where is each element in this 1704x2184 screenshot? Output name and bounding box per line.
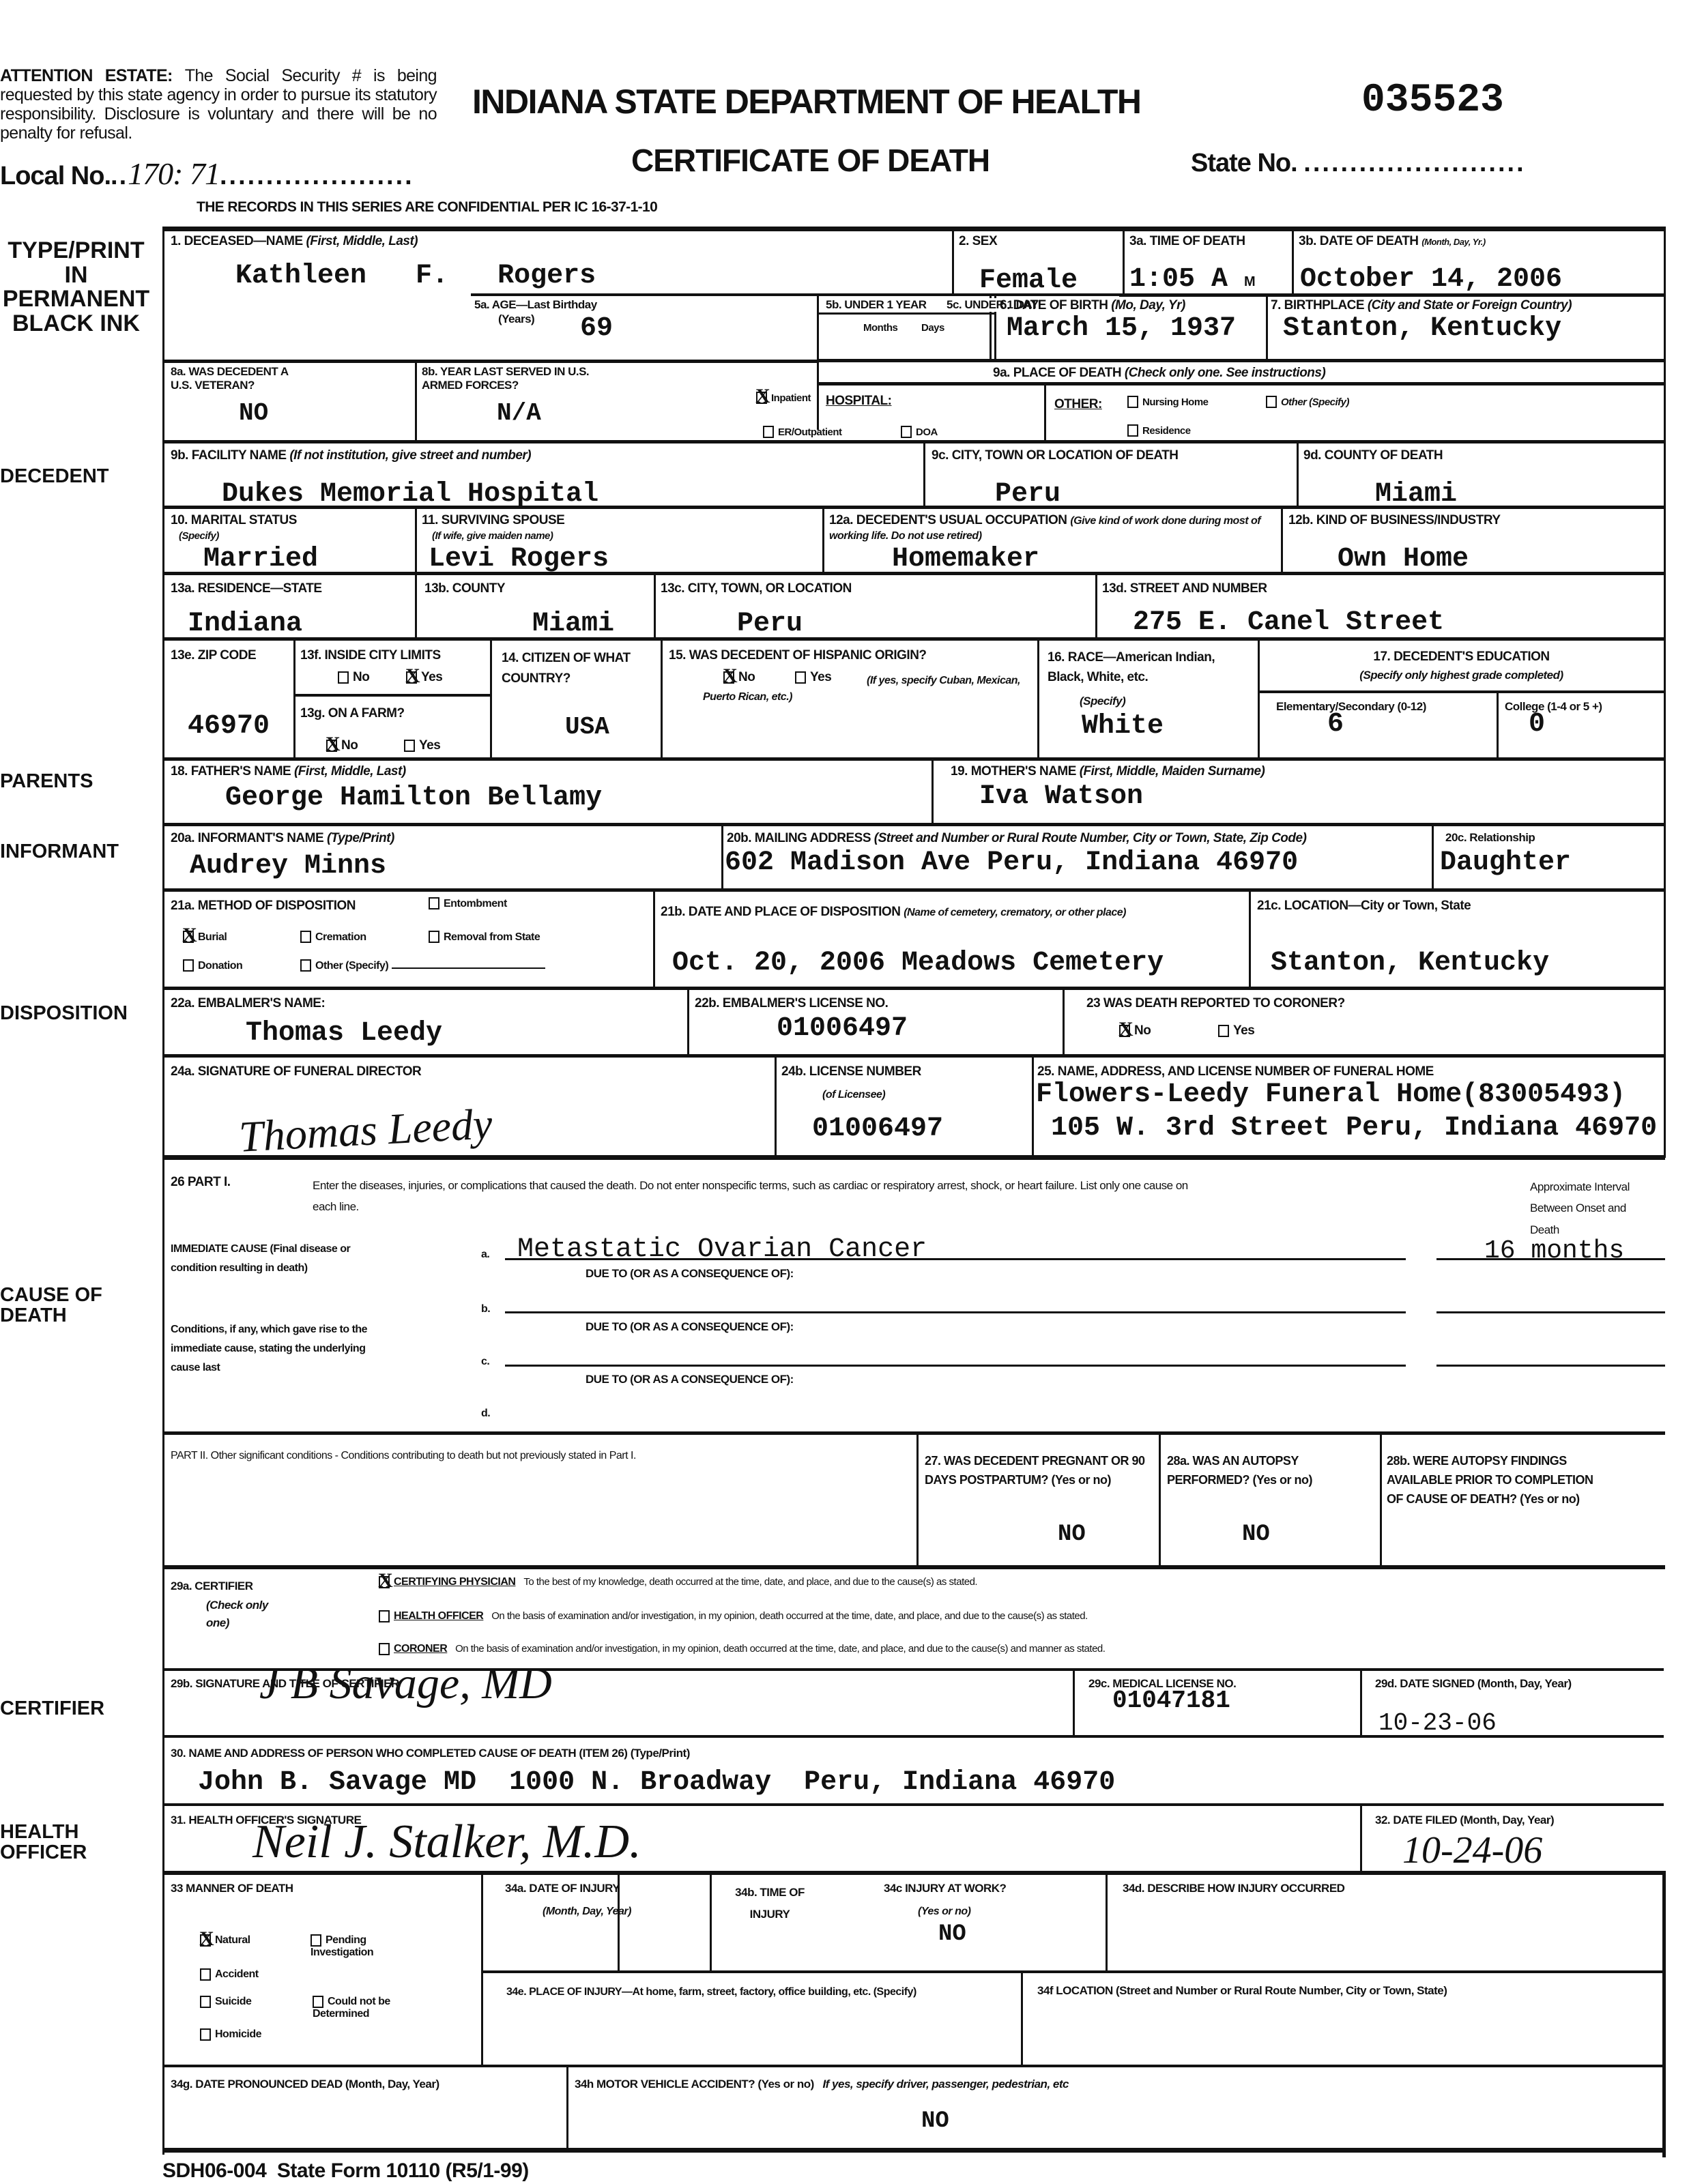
birthplace-label: 7. BIRTHPLACE (City and State or Foreign… bbox=[1271, 298, 1572, 313]
manner-pending[interactable]: Pending Investigation bbox=[311, 1934, 406, 1959]
rule bbox=[415, 572, 417, 639]
rule bbox=[162, 2148, 1665, 2153]
armed-forces-label: 8b. YEAR LAST SERVED IN U.S. ARMED FORCE… bbox=[422, 365, 613, 392]
rule bbox=[1360, 1668, 1362, 1736]
doa-checkbox[interactable] bbox=[901, 426, 912, 438]
place-hint: (Check only one. See instructions) bbox=[1125, 366, 1325, 380]
res-city-value[interactable]: Peru bbox=[737, 611, 803, 638]
health-officer-signature[interactable]: Neil J. Stalker, M.D. bbox=[252, 1815, 641, 1869]
rule bbox=[162, 757, 1665, 761]
age-value[interactable]: 69 bbox=[580, 315, 613, 343]
accident-checkbox[interactable] bbox=[200, 1968, 211, 1981]
confidential-note: THE RECORDS IN THIS SERIES ARE CONFIDENT… bbox=[197, 199, 657, 216]
interval-label: Approximate Interval Between Onset and D… bbox=[1530, 1176, 1653, 1240]
time-of-death-value[interactable]: 1:05 A M bbox=[1129, 266, 1256, 293]
county-of-death-label: 9d. COUNTY OF DEATH bbox=[1303, 448, 1443, 463]
disposition-date-place-label: 21b. DATE AND PLACE OF DISPOSITION (Name… bbox=[661, 899, 1241, 926]
inpatient-checkbox[interactable] bbox=[756, 392, 767, 404]
certifier-physician[interactable]: CERTIFYING PHYSICIAN To the best of my k… bbox=[379, 1576, 977, 1588]
informant-name-label-text: 20a. INFORMANT'S NAME bbox=[171, 831, 323, 845]
date-place-label-text: 21b. DATE AND PLACE OF DISPOSITION bbox=[661, 905, 900, 919]
rule bbox=[293, 694, 491, 697]
rule bbox=[653, 888, 655, 987]
rule bbox=[297, 1873, 299, 1875]
cremation-checkbox[interactable] bbox=[300, 931, 311, 943]
state-number: State No. ........................ bbox=[1191, 149, 1526, 178]
manner-homicide[interactable]: Homicide bbox=[200, 2028, 261, 2041]
option-doa[interactable]: DOA bbox=[901, 424, 938, 439]
rule bbox=[1037, 637, 1039, 760]
natural-checkbox[interactable] bbox=[200, 1934, 211, 1947]
rule bbox=[162, 888, 1665, 892]
informant-address-hint: (Street and Number or Rural Route Number… bbox=[874, 831, 1307, 845]
funeral-license-value[interactable]: 01006497 bbox=[812, 1116, 943, 1143]
coroner-no-label: No bbox=[1134, 1023, 1151, 1038]
date-filed-label: 32. DATE FILED (Month, Day, Year) bbox=[1375, 1814, 1554, 1827]
months-label: Months bbox=[863, 322, 897, 334]
deceased-name[interactable]: Kathleen F. Rogers bbox=[235, 263, 596, 290]
certificate-title: CERTIFICATE OF DEATH bbox=[631, 142, 990, 179]
city-limits-no-label: No bbox=[353, 670, 369, 684]
certifier-hint: (Check only one) bbox=[206, 1597, 274, 1631]
rule bbox=[162, 2065, 1664, 2067]
er-outpatient-label: ER/Outpatient bbox=[778, 426, 842, 438]
embalmer-license-value[interactable]: 01006497 bbox=[777, 1015, 908, 1043]
rule bbox=[293, 637, 295, 760]
elementary-label: Elementary/Secondary (0-12) bbox=[1276, 700, 1426, 714]
other-disposition-label: Other (Specify) bbox=[315, 960, 388, 972]
embalmer-license-label: 22b. EMBALMER'S LICENSE NO. bbox=[695, 996, 888, 1011]
disposition-location-value[interactable]: Stanton, Kentucky bbox=[1271, 950, 1549, 977]
rule bbox=[415, 506, 417, 574]
medical-license-value[interactable]: 01047181 bbox=[1112, 1689, 1230, 1713]
occupation-value[interactable]: Homemaker bbox=[892, 546, 1039, 573]
natural-label: Natural bbox=[215, 1934, 250, 1946]
education-hint: (Specify only highest grade completed) bbox=[1258, 669, 1665, 682]
rule bbox=[1032, 1054, 1034, 1156]
undetermined-label: Could not be Determined bbox=[313, 1996, 390, 2020]
local-no-label: Local No. bbox=[0, 162, 111, 190]
date-signed-value[interactable]: 10-23-06 bbox=[1378, 1711, 1497, 1736]
time-value: 1:05 A bbox=[1129, 264, 1228, 295]
health-officer-label: HEALTH OFFICER bbox=[394, 1610, 483, 1622]
entombment-checkbox[interactable] bbox=[429, 897, 439, 909]
rule bbox=[1044, 382, 1046, 441]
deceased-last-name: Rogers bbox=[497, 261, 596, 291]
manner-accident[interactable]: Accident bbox=[200, 1968, 259, 1981]
sex-label: 2. SEX bbox=[959, 234, 997, 249]
name-label-text: 1. DECEASED—NAME bbox=[171, 234, 303, 248]
option-other-specify[interactable]: Other (Specify) bbox=[1266, 394, 1349, 409]
farm-label: 13g. ON A FARM? bbox=[300, 706, 405, 721]
rule bbox=[775, 1054, 777, 1156]
informant-address-label-text: 20b. MAILING ADDRESS bbox=[727, 831, 871, 845]
business-value[interactable]: Own Home bbox=[1338, 546, 1469, 573]
rule bbox=[1380, 1431, 1382, 1567]
coroner-no-checkbox[interactable] bbox=[1119, 1025, 1130, 1037]
farm-yes-checkbox[interactable] bbox=[404, 740, 415, 752]
completer-value[interactable]: John B. Savage MD 1000 N. Broadway Peru,… bbox=[198, 1769, 1115, 1796]
birthplace-hint: (City and State or Foreign Country) bbox=[1368, 298, 1572, 312]
rule bbox=[654, 572, 656, 639]
rule bbox=[932, 757, 934, 824]
frame-top bbox=[162, 227, 1665, 231]
dob-value[interactable]: March 15, 1937 bbox=[1007, 315, 1236, 343]
date-of-death-value[interactable]: October 14, 2006 bbox=[1300, 266, 1562, 293]
race-hint: (Specify) bbox=[1080, 695, 1125, 708]
city-of-death-label: 9c. CITY, TOWN OR LOCATION OF DEATH bbox=[932, 448, 1178, 463]
coroner-label: CORONER bbox=[394, 1643, 447, 1655]
health-officer-checkbox[interactable] bbox=[379, 1610, 390, 1622]
burial-label: Burial bbox=[198, 931, 227, 943]
race-label: 16. RACE—American Indian, Black, White, … bbox=[1048, 648, 1252, 687]
rule bbox=[1266, 293, 1268, 362]
education-label: 17. DECEDENT'S EDUCATION bbox=[1258, 650, 1665, 665]
pregnant-label: 27. WAS DECEDENT PREGNANT OR 90 DAYS POS… bbox=[925, 1452, 1153, 1490]
rule bbox=[1497, 690, 1499, 759]
certifier-coroner[interactable]: CORONER On the basis of examination and/… bbox=[379, 1643, 1105, 1655]
res-county-label: 13b. COUNTY bbox=[424, 581, 505, 596]
frame-left bbox=[162, 227, 164, 2155]
marital-label: 10. MARITAL STATUS (Specify) bbox=[171, 513, 297, 543]
informant-address-label: 20b. MAILING ADDRESS (Street and Number … bbox=[727, 831, 1306, 846]
embalmer-value[interactable]: Thomas Leedy bbox=[246, 1020, 442, 1047]
at-work-hint: (Yes or no) bbox=[918, 1906, 970, 1918]
coroner-no[interactable]: No bbox=[1119, 1023, 1151, 1038]
rule bbox=[916, 1431, 919, 1567]
rule bbox=[817, 312, 964, 315]
coroner-yes-checkbox[interactable] bbox=[1218, 1025, 1229, 1037]
completer-label: 30. NAME AND ADDRESS OF PERSON WHO COMPL… bbox=[171, 1747, 690, 1760]
cause-a-value[interactable]: Metastatic Ovarian Cancer bbox=[517, 1236, 927, 1264]
occupation-label-text: 12a. DECEDENT'S USUAL OCCUPATION bbox=[829, 513, 1067, 527]
informant-name-value[interactable]: Audrey Minns bbox=[190, 853, 386, 880]
rule bbox=[1123, 229, 1125, 295]
removal-checkbox[interactable] bbox=[429, 931, 439, 943]
res-street-value[interactable]: 275 E. Canel Street bbox=[1133, 609, 1444, 637]
certifier-signature[interactable]: J B Savage, MD bbox=[259, 1658, 552, 1710]
farm-no-checkbox[interactable] bbox=[326, 740, 337, 752]
date-signed-label: 29d. DATE SIGNED (Month, Day, Year) bbox=[1375, 1677, 1572, 1691]
hospital-label: HOSPITAL: bbox=[826, 394, 891, 409]
college-label: College (1-4 or 5 +) bbox=[1505, 700, 1602, 714]
immediate-cause-label: IMMEDIATE CAUSE (Final disease or condit… bbox=[171, 1240, 375, 1278]
cremation-label: Cremation bbox=[315, 931, 366, 943]
farm-yes[interactable]: Yes bbox=[404, 738, 440, 753]
residence-label: Residence bbox=[1142, 425, 1191, 437]
doa-label: DOA bbox=[916, 426, 938, 438]
res-state-label: 13a. RESIDENCE—STATE bbox=[171, 581, 322, 596]
date-filed-value[interactable]: 10-24-06 bbox=[1402, 1829, 1542, 1872]
injury-date-hint: (Month, Day, Year) bbox=[543, 1906, 631, 1918]
disposition-donation[interactable]: Donation bbox=[183, 958, 242, 973]
city-limits-no[interactable]: No bbox=[338, 670, 369, 685]
funeral-home-line1[interactable]: Flowers-Leedy Funeral Home(83005493) bbox=[1036, 1081, 1626, 1109]
birthplace-label-text: 7. BIRTHPLACE bbox=[1271, 298, 1364, 312]
marital-value[interactable]: Married bbox=[203, 546, 318, 573]
dob-label: 6. DATE OF BIRTH (Mo, Day, Yr) bbox=[1000, 298, 1185, 313]
cause-line-b bbox=[505, 1311, 1406, 1313]
marital-hint: (Specify) bbox=[171, 530, 219, 542]
rule bbox=[1297, 440, 1299, 507]
other-specify-label: Other (Specify) bbox=[1281, 396, 1349, 408]
state-no-label: State No. bbox=[1191, 149, 1297, 177]
disposition-removal[interactable]: Removal from State bbox=[429, 929, 540, 944]
nursing-home-checkbox[interactable] bbox=[1127, 396, 1138, 408]
res-state-value[interactable]: Indiana bbox=[188, 611, 302, 638]
at-work-label: 34c INJURY AT WORK? bbox=[884, 1882, 1006, 1895]
rule bbox=[1095, 572, 1097, 639]
veteran-value[interactable]: NO bbox=[239, 401, 268, 426]
nursing-home-label: Nursing Home bbox=[1142, 396, 1209, 408]
facility-label-text: 9b. FACILITY NAME bbox=[171, 448, 287, 463]
mother-hint: (First, Middle, Maiden Surname) bbox=[1080, 764, 1265, 778]
college-value[interactable]: 0 bbox=[1529, 711, 1545, 738]
burial-checkbox[interactable] bbox=[183, 931, 194, 943]
injury-time-label: 34b. TIME OF INJURY bbox=[729, 1882, 811, 1926]
manner-undetermined[interactable]: Could not be Determined bbox=[313, 1996, 408, 2020]
disposition-other[interactable]: Other (Specify) bbox=[300, 958, 545, 973]
occupation-label: 12a. DECEDENT'S USUAL OCCUPATION (Give k… bbox=[829, 513, 1280, 543]
hispanic-hint: (If yes, specify Cuban, Mexican, Puerto … bbox=[703, 673, 1037, 705]
side-label-informant: INFORMANT bbox=[0, 841, 119, 862]
citizen-value[interactable]: USA bbox=[565, 715, 609, 740]
er-outpatient-checkbox[interactable] bbox=[763, 426, 774, 438]
interval-line-c bbox=[1436, 1365, 1665, 1367]
facility-value[interactable]: Dukes Memorial Hospital bbox=[222, 481, 598, 508]
rule bbox=[661, 637, 663, 760]
informant-name-hint: (Type/Print) bbox=[327, 831, 394, 845]
side-label-certifier: CERTIFIER bbox=[0, 1698, 104, 1719]
side-label-type-print: TYPE/PRINT IN PERMANENT BLACK INK bbox=[0, 239, 156, 336]
attention-notice: ATTENTION ESTATE: The Social Security # … bbox=[0, 66, 437, 143]
birthplace-value[interactable]: Stanton, Kentucky bbox=[1283, 315, 1561, 343]
city-limits-yes-checkbox[interactable] bbox=[406, 671, 417, 684]
informant-address-value[interactable]: 602 Madison Ave Peru, Indiana 46970 bbox=[725, 849, 1298, 877]
sex-value[interactable]: Female bbox=[979, 267, 1078, 295]
rule bbox=[1106, 1873, 1108, 1972]
name-hint: (First, Middle, Last) bbox=[306, 234, 418, 248]
cause-letter-d: d. bbox=[481, 1408, 490, 1420]
certifying-physician-label: CERTIFYING PHYSICIAN bbox=[394, 1576, 515, 1588]
conditions-label: Conditions, if any, which gave rise to t… bbox=[171, 1320, 375, 1378]
place-of-death-label: 9a. PLACE OF DEATH (Check only one. See … bbox=[993, 366, 1325, 381]
attention-title: ATTENTION ESTATE: bbox=[0, 66, 173, 85]
side-label-decedent: DECEDENT bbox=[0, 466, 109, 486]
coroner-label: 23 WAS DEATH REPORTED TO CORONER? bbox=[1086, 996, 1345, 1011]
informant-name-label: 20a. INFORMANT'S NAME (Type/Print) bbox=[171, 831, 394, 846]
rule bbox=[1292, 229, 1294, 295]
side-label-parents: PARENTS bbox=[0, 771, 93, 791]
due-to-3: DUE TO (OR AS A CONSEQUENCE OF): bbox=[586, 1373, 794, 1386]
rule bbox=[822, 506, 824, 574]
rule bbox=[710, 1873, 712, 1972]
certifying-physician-text: To the best of my knowledge, death occur… bbox=[523, 1576, 977, 1588]
homicide-checkbox[interactable] bbox=[200, 2028, 211, 2041]
coroner-checkbox[interactable] bbox=[379, 1643, 390, 1655]
rule bbox=[952, 229, 954, 295]
father-hint: (First, Middle, Last) bbox=[294, 764, 406, 778]
facility-hint: (If not institution, give street and num… bbox=[289, 448, 531, 463]
father-label: 18. FATHER'S NAME (First, Middle, Last) bbox=[171, 764, 406, 779]
entombment-label: Entombment bbox=[444, 898, 507, 909]
father-label-text: 18. FATHER'S NAME bbox=[171, 764, 291, 778]
local-no-value[interactable]: 170: 71 bbox=[128, 156, 220, 191]
rule bbox=[687, 987, 689, 1055]
autopsy-findings-label: 28b. WERE AUTOPSY FINDINGS AVAILABLE PRI… bbox=[1387, 1452, 1612, 1509]
city-of-death-value[interactable]: Peru bbox=[995, 481, 1060, 508]
place-label-text: 9a. PLACE OF DEATH bbox=[993, 366, 1121, 380]
time-of-death-label: 3a. TIME OF DEATH bbox=[1129, 234, 1245, 249]
res-city-label: 13c. CITY, TOWN, OR LOCATION bbox=[661, 581, 852, 596]
elementary-value[interactable]: 6 bbox=[1327, 711, 1344, 738]
deceased-first-name: Kathleen bbox=[235, 261, 366, 291]
other-specify-checkbox[interactable] bbox=[1266, 396, 1277, 408]
disposition-date-place-value[interactable]: Oct. 20, 2006 Meadows Cemetery bbox=[672, 950, 1164, 977]
funeral-license-hint: (of Licensee) bbox=[822, 1089, 885, 1101]
city-limits-yes[interactable]: Yes bbox=[406, 670, 442, 685]
autopsy-label: 28a. WAS AN AUTOPSY PERFORMED? (Yes or n… bbox=[1167, 1452, 1365, 1490]
director-signature[interactable]: Thomas Leedy bbox=[237, 1098, 493, 1162]
motor-vehicle-label: 34h MOTOR VEHICLE ACCIDENT? (Yes or no) … bbox=[575, 2078, 1069, 2091]
disposition-location-label: 21c. LOCATION—City or Town, State bbox=[1257, 899, 1471, 914]
option-inpatient[interactable]: Inpatient bbox=[756, 390, 811, 405]
spouse-value[interactable]: Levi Rogers bbox=[429, 546, 609, 573]
rule bbox=[1281, 506, 1283, 574]
spouse-label: 11. SURVIVING SPOUSE (If wife, give maid… bbox=[422, 513, 564, 543]
spouse-label-text: 11. SURVIVING SPOUSE bbox=[422, 513, 564, 528]
local-number: Local No...170: 71..................... bbox=[0, 156, 414, 192]
relationship-value[interactable]: Daughter bbox=[1440, 849, 1571, 877]
rule bbox=[162, 360, 818, 363]
date-of-death-label: 3b. DATE OF DEATH (Month, Day, Yr.) bbox=[1299, 234, 1486, 249]
mother-label: 19. MOTHER'S NAME (First, Middle, Maiden… bbox=[951, 764, 1265, 779]
certificate-number: 035523 bbox=[1361, 78, 1504, 123]
accident-label: Accident bbox=[215, 1968, 259, 1980]
date-place-hint: (Name of cemetery, crematory, or other p… bbox=[904, 907, 1126, 918]
rule bbox=[162, 1155, 1665, 1160]
marital-label-text: 10. MARITAL STATUS bbox=[171, 513, 297, 528]
zip-label: 13e. ZIP CODE bbox=[171, 648, 256, 663]
rule bbox=[162, 1431, 1665, 1435]
cause-letter-c: c. bbox=[481, 1356, 489, 1368]
form-id: SDH06-004 State Form 10110 (R5/1-99) bbox=[162, 2159, 529, 2183]
rule bbox=[1063, 987, 1065, 1055]
disposition-cremation[interactable]: Cremation bbox=[300, 929, 366, 944]
manner-label: 33 MANNER OF DEATH bbox=[171, 1882, 293, 1895]
funeral-home-line2[interactable]: 105 W. 3rd Street Peru, Indiana 46970 bbox=[1051, 1115, 1657, 1142]
name-label: 1. DECEASED—NAME (First, Middle, Last) bbox=[171, 234, 418, 249]
rule bbox=[817, 359, 1665, 362]
manner-natural[interactable]: Natural bbox=[200, 1934, 250, 1947]
embalmer-label: 22a. EMBALMER'S NAME: bbox=[171, 996, 325, 1011]
cause-line-c bbox=[505, 1365, 1406, 1367]
pending-checkbox[interactable] bbox=[311, 1934, 321, 1947]
date-label-text: 3b. DATE OF DEATH bbox=[1299, 234, 1419, 248]
disposition-burial[interactable]: Burial bbox=[183, 929, 227, 944]
option-nursing-home[interactable]: Nursing Home bbox=[1127, 394, 1209, 409]
health-officer-text: On the basis of examination and/or inves… bbox=[491, 1610, 1088, 1622]
rule bbox=[1258, 690, 1665, 693]
option-residence[interactable]: Residence bbox=[1127, 423, 1191, 438]
age-label: 5a. AGE—Last Birthday bbox=[474, 298, 597, 312]
donation-checkbox[interactable] bbox=[183, 959, 194, 972]
suicide-checkbox[interactable] bbox=[200, 1996, 211, 2008]
inpatient-label: Inpatient bbox=[771, 392, 811, 404]
rule bbox=[490, 637, 492, 760]
funeral-home-label: 25. NAME, ADDRESS, AND LICENSE NUMBER OF… bbox=[1037, 1064, 1434, 1079]
at-work-value[interactable]: NO bbox=[938, 1923, 966, 1946]
interval-a-value[interactable]: 16 months bbox=[1484, 1238, 1624, 1264]
describe-label: 34d. DESCRIBE HOW INJURY OCCURRED bbox=[1123, 1882, 1344, 1895]
deceased-middle-name: F. bbox=[416, 261, 448, 291]
side-label-disposition: DISPOSITION bbox=[0, 1003, 128, 1023]
donation-label: Donation bbox=[198, 960, 242, 972]
option-er-outpatient[interactable]: ER/Outpatient bbox=[763, 424, 842, 439]
rule bbox=[1432, 823, 1434, 889]
rule bbox=[1021, 1970, 1023, 2066]
race-value[interactable]: White bbox=[1082, 713, 1164, 740]
autopsy-value[interactable]: NO bbox=[1242, 1523, 1270, 1546]
hispanic-label: 15. WAS DECEDENT OF HISPANIC ORIGIN? bbox=[669, 648, 927, 663]
farm-yes-label: Yes bbox=[419, 738, 440, 753]
coroner-yes[interactable]: Yes bbox=[1218, 1023, 1254, 1038]
zip-value[interactable]: 46970 bbox=[188, 713, 270, 740]
rule bbox=[923, 440, 925, 507]
relationship-label: 20c. Relationship bbox=[1445, 831, 1535, 845]
cause-letter-b: b. bbox=[481, 1303, 490, 1315]
motor-label-text: 34h MOTOR VEHICLE ACCIDENT? (Yes or no) bbox=[575, 2078, 814, 2091]
manner-suicide[interactable]: Suicide bbox=[200, 1996, 251, 2008]
date-hint: (Month, Day, Yr.) bbox=[1421, 237, 1485, 247]
rule bbox=[481, 1970, 1664, 1973]
armed-forces-value[interactable]: N/A bbox=[497, 401, 541, 426]
city-limits-no-checkbox[interactable] bbox=[338, 671, 349, 684]
residence-checkbox[interactable] bbox=[1127, 424, 1138, 437]
certifying-physician-checkbox[interactable] bbox=[379, 1576, 390, 1588]
res-county-value[interactable]: Miami bbox=[532, 611, 614, 638]
certifier-label: 29a. CERTIFIER bbox=[171, 1579, 253, 1593]
father-value[interactable]: George Hamilton Bellamy bbox=[225, 785, 602, 812]
rule bbox=[721, 823, 723, 889]
rule bbox=[1073, 1668, 1075, 1736]
county-of-death-value[interactable]: Miami bbox=[1375, 481, 1457, 508]
mother-value[interactable]: Iva Watson bbox=[979, 783, 1143, 811]
pregnant-value[interactable]: NO bbox=[1058, 1523, 1086, 1546]
farm-no[interactable]: No bbox=[326, 738, 358, 753]
motor-vehicle-value[interactable]: NO bbox=[921, 2110, 949, 2133]
disposition-entombment[interactable]: Entombment bbox=[429, 896, 507, 911]
age-unit: (Years) bbox=[498, 312, 534, 326]
rule bbox=[162, 1054, 1665, 1058]
side-label-health-officer: HEALTH OFFICER bbox=[0, 1822, 82, 1863]
rule bbox=[964, 312, 994, 315]
citizen-label: 14. CITIZEN OF WHAT COUNTRY? bbox=[502, 648, 659, 690]
cause-letter-a: a. bbox=[481, 1249, 489, 1261]
coroner-text: On the basis of examination and/or inves… bbox=[455, 1643, 1105, 1655]
certifier-health-officer[interactable]: HEALTH OFFICER On the basis of examinati… bbox=[379, 1610, 1088, 1622]
undetermined-checkbox[interactable] bbox=[313, 1996, 323, 2008]
part1-label: 26 PART I. bbox=[171, 1175, 231, 1190]
rule bbox=[1360, 1803, 1362, 1873]
other-disposition-checkbox[interactable] bbox=[300, 959, 311, 972]
res-street-label: 13d. STREET AND NUMBER bbox=[1102, 581, 1267, 596]
rule bbox=[162, 440, 1665, 443]
rule bbox=[162, 823, 1665, 826]
suicide-label: Suicide bbox=[215, 1996, 251, 2007]
part2-label: PART II. Other significant conditions - … bbox=[171, 1450, 636, 1462]
rule bbox=[162, 987, 1665, 990]
